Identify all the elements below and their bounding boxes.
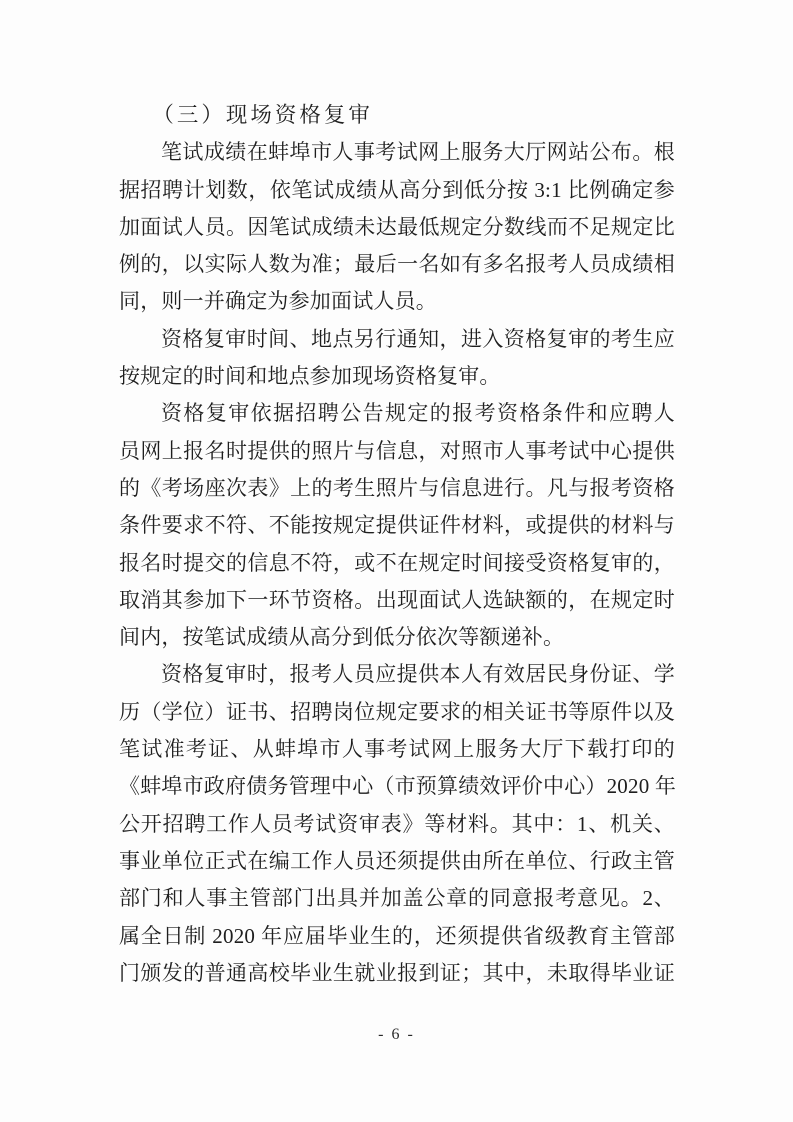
text-line: 据招聘计划数，依笔试成绩从高分到低分按 3:1 比例确定参 bbox=[119, 172, 675, 209]
text-line: 资格复审依据招聘公告规定的报考资格条件和应聘人 bbox=[119, 395, 675, 432]
text-line: 按规定的时间和地点参加现场资格复审。 bbox=[119, 358, 675, 395]
text-line: 部门和人事主管部门出具并加盖公章的同意报考意见。2、 bbox=[119, 880, 675, 917]
text-line: 的《考场座次表》上的考生照片与信息进行。凡与报考资格 bbox=[119, 470, 675, 507]
text-line: 同，则一并确定为参加面试人员。 bbox=[119, 283, 675, 320]
paragraph: 资格复审时，报考人员应提供本人有效居民身份证、学 历（学位）证书、招聘岗位规定要… bbox=[119, 656, 675, 992]
text-line: 例的，以实际人数为准；最后一名如有多名报考人员成绩相 bbox=[119, 246, 675, 283]
text-line: 间内，按笔试成绩从高分到低分依次等额递补。 bbox=[119, 619, 675, 656]
section-heading: （三）现场资格复审 bbox=[119, 97, 675, 134]
text-line: 门颁发的普通高校毕业生就业报到证；其中，未取得毕业证 bbox=[119, 955, 675, 992]
text-line: 员网上报名时提供的照片与信息，对照市人事考试中心提供 bbox=[119, 433, 675, 470]
text-line: 《蚌埠市政府债务管理中心（市预算绩效评价中心）2020 年 bbox=[119, 768, 675, 805]
text-line: 笔试准考证、从蚌埠市人事考试网上服务大厅下载打印的 bbox=[119, 731, 675, 768]
text-line: 资格复审时间、地点另行通知，进入资格复审的考生应 bbox=[119, 321, 675, 358]
page-number: - 6 - bbox=[0, 1023, 793, 1047]
text-line: 事业单位正式在编工作人员还须提供由所在单位、行政主管 bbox=[119, 843, 675, 880]
text-line: 历（学位）证书、招聘岗位规定要求的相关证书等原件以及 bbox=[119, 694, 675, 731]
text-line: 公开招聘工作人员考试资审表》等材料。其中：1、机关、 bbox=[119, 806, 675, 843]
document-body: （三）现场资格复审 笔试成绩在蚌埠市人事考试网上服务大厅网站公布。根 据招聘计划… bbox=[119, 97, 675, 992]
paragraph: 资格复审时间、地点另行通知，进入资格复审的考生应 按规定的时间和地点参加现场资格… bbox=[119, 321, 675, 396]
text-line: 加面试人员。因笔试成绩未达最低规定分数线而不足规定比 bbox=[119, 209, 675, 246]
text-line: 取消其参加下一环节资格。出现面试人选缺额的，在规定时 bbox=[119, 582, 675, 619]
document-page: （三）现场资格复审 笔试成绩在蚌埠市人事考试网上服务大厅网站公布。根 据招聘计划… bbox=[0, 0, 793, 1122]
text-line: 笔试成绩在蚌埠市人事考试网上服务大厅网站公布。根 bbox=[119, 134, 675, 171]
paragraph: 笔试成绩在蚌埠市人事考试网上服务大厅网站公布。根 据招聘计划数，依笔试成绩从高分… bbox=[119, 134, 675, 320]
paragraph: 资格复审依据招聘公告规定的报考资格条件和应聘人 员网上报名时提供的照片与信息，对… bbox=[119, 395, 675, 656]
text-line: 资格复审时，报考人员应提供本人有效居民身份证、学 bbox=[119, 656, 675, 693]
text-line: 条件要求不符、不能按规定提供证件材料，或提供的材料与 bbox=[119, 507, 675, 544]
text-line: 报名时提交的信息不符，或不在规定时间接受资格复审的， bbox=[119, 545, 675, 582]
text-line: 属全日制 2020 年应届毕业生的，还须提供省级教育主管部 bbox=[119, 918, 675, 955]
